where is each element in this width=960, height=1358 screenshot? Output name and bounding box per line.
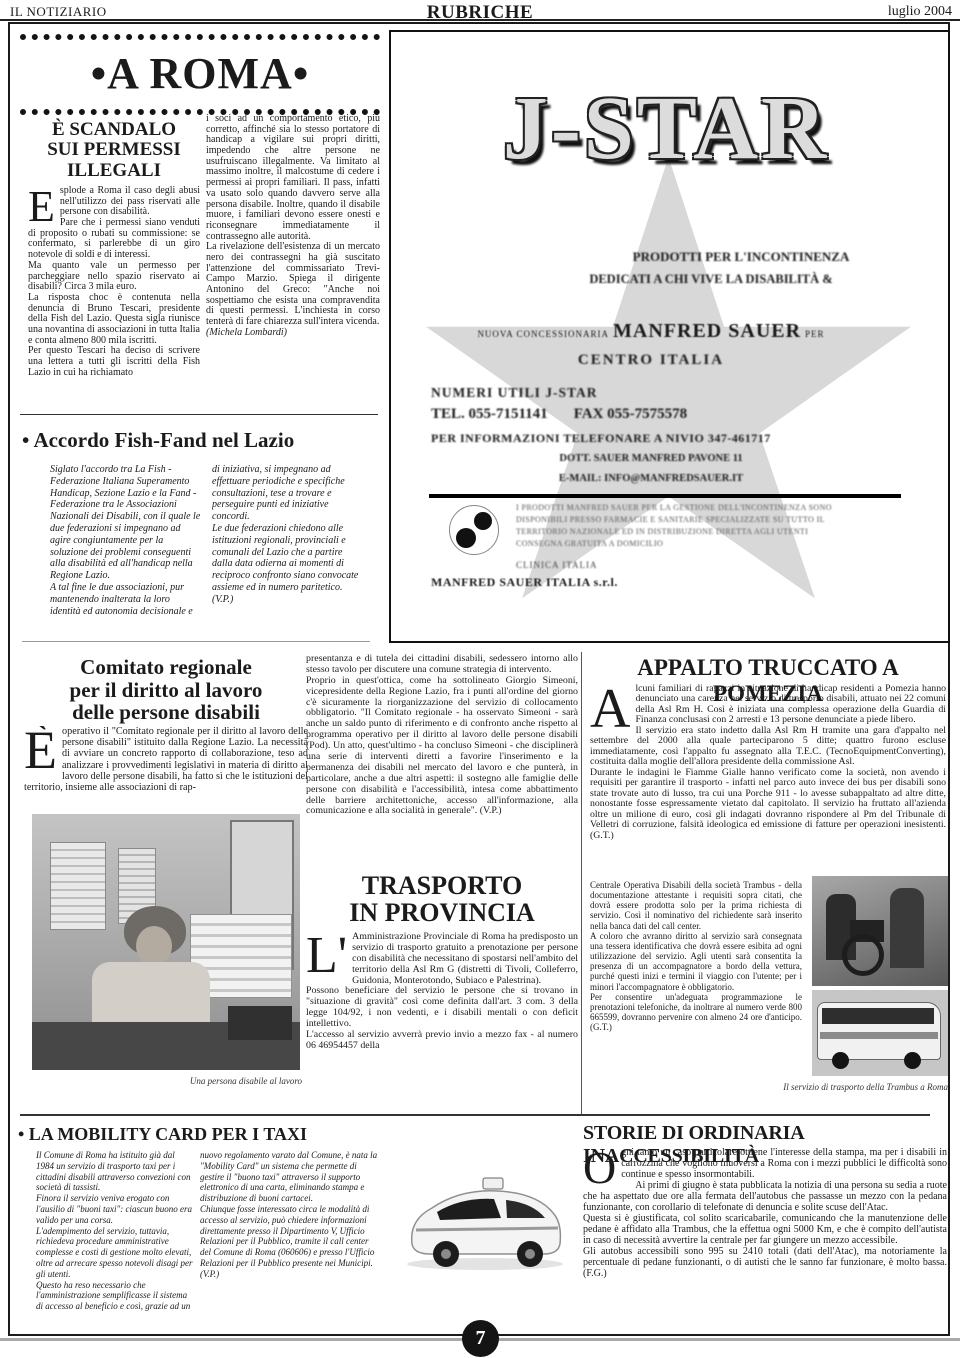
paragraph: Il servizio era stato indetto dalla Asl … [590,726,946,768]
paragraph-text: splode a Roma il caso degli abusi nell'u… [60,186,200,217]
paragraph: Durante le indagini le Fiamme Gialle han… [590,768,946,841]
appalto-body: Alcuni familiari di ragazzi in situazion… [590,684,946,866]
paragraph: Questa si è giustificata, col solito sca… [583,1213,947,1246]
article-scandalo-col2: i soci ad un comportamento etico, più co… [206,114,380,414]
paragraph: Centrale Operativa Disabili della societ… [590,880,802,931]
ad-jstar: J-STAR PRODOTTI PER L'INCONTINENZA DEDIC… [389,30,950,643]
paragraph-text: gni tanto un caso particolare ottiene l'… [621,1147,947,1180]
fineprint-line: TERRITORIO NAZIONALE ED IN DISTRIBUZIONE… [516,526,886,538]
accordo-title: • Accordo Fish-Fand nel Lazio [22,428,378,453]
ad-conc-small1: NUOVA CONCESSIONARIA [477,329,609,339]
title-line: delle persone disabili [24,701,308,724]
paragraph: i soci ad un comportamento etico, più co… [206,114,380,242]
paragraph-text: operativo il "Comitato regionale per il … [24,726,308,793]
paragraph: di iniziativa, si impegnano ad effettuar… [212,464,364,523]
bus-stripe [820,1032,938,1039]
bus-wheel [832,1052,849,1069]
ad-centro-italia: CENTRO ITALIA [411,352,891,369]
paragraph: Ma quanto vale un permesso per parcheggi… [28,261,200,293]
paragraph: Gli autobus accessibili sono 995 su 2410… [583,1246,947,1279]
comitato-col1: Èoperativo il "Comitato regionale per il… [24,726,308,812]
photo-caption-bus: Il servizio di trasporto della Trambus a… [768,1082,948,1092]
ad-phone-tel: TEL. 055-7151141 [431,406,548,422]
byline: (V.P.) [212,594,364,606]
masthead-date: luglio 2004 [888,4,952,20]
page-number-badge: 7 [462,1320,499,1357]
trasporto-title: TRASPORTO IN PROVINCIA [306,872,578,927]
paragraph: Esplode a Roma il caso degli abusi nell'… [28,186,200,218]
title-line: per il diritto al lavoro [24,679,308,702]
person-face [136,926,172,966]
paragraph: A coloro che avranno diritto al servizio… [590,931,802,992]
ad-info-line-blurred: PER INFORMAZIONI TELEFONARE A NIVIO 347-… [431,431,771,446]
paragraph: Alcuni familiari di ragazzi in situazion… [590,684,946,726]
divider-under-accordo [22,641,370,642]
dropcap: E [28,186,60,224]
ad-numeri-utili: NUMERI UTILI J-STAR [431,385,598,401]
paragraph: Siglato l'accordo tra La Fish - Federazi… [50,464,202,582]
paragraph: Il Comune di Roma ha istituito già dal 1… [36,1150,194,1193]
bus-windows [822,1008,934,1024]
photo-caption-office: Una persona disabile al lavoro [118,1076,302,1086]
article-scandalo-title: È SCANDALO SUI PERMESSI ILLEGALI [28,120,200,181]
taxi-illustration [390,1158,575,1278]
ad-phone-numbers: TEL. 055-7151141FAX 055-7575578 [431,406,713,423]
divider-under-scandalo [20,414,378,415]
photo-trambus-bus [812,990,948,1076]
title-line: È SCANDALO [28,120,200,140]
title-line: TRASPORTO [306,872,578,899]
dropcap: L' [306,932,352,977]
paragraph: Proprio in quest'ottica, come ha sottoli… [306,676,578,818]
dropcap: A [590,684,635,732]
paragraph: A tal fine le due associazioni, pur mant… [50,582,202,617]
paragraph: nuovo regolamento varato dal Comune, è n… [200,1150,378,1204]
wall-chart [50,842,106,930]
photo-office-worker [32,814,300,1070]
paragraph: Possono beneficiare del servizio le pers… [306,986,578,1030]
paragraph: L'accesso al servizio avverrà previo inv… [306,1030,578,1052]
photo-wheelchair-users [812,876,948,986]
paragraph: Questo ha reso necessario che l'amminist… [36,1280,194,1312]
byline: (Michela Lombardi) [206,328,380,339]
paragraph: Chiunque fosse interessato circa le moda… [200,1204,378,1269]
manfred-sauer-logo-icon [449,505,499,555]
column-divider [581,652,582,1114]
title-line: Comitato regionale [24,656,308,679]
ad-jstar-logo: J-STAR [466,84,866,174]
paragraph: Ai primi di giugno è stata pubblicata la… [583,1180,947,1213]
ad-conc-brand: MANFRED SAUER [613,320,801,342]
fineprint-line: I PRODOTTI MANFRED SAUER PER LA GESTIONE… [516,502,886,514]
dropcap: O [583,1147,621,1187]
ad-concessionaria-line: NUOVA CONCESSIONARIA MANFRED SAUER PER [411,320,891,343]
paragraph: presentanza e di tutela dei cittadini di… [306,654,578,676]
fineprint-line: CONSEGNA GRATUITA A DOMICILIO [516,538,886,550]
accordo-col2: di iniziativa, si impegnano ad effettuar… [212,464,364,640]
mobility-col1: Il Comune di Roma ha istituito già dal 1… [36,1150,194,1338]
trasporto-continuation: Centrale Operativa Disabili della societ… [590,880,802,1092]
photo-taxi-car [390,1158,575,1278]
paragraph: Le due federazioni chiedono alle istituz… [212,523,364,594]
title-line: SUI PERMESSI [28,140,200,160]
paragraph: Èoperativo il "Comitato regionale per il… [24,726,308,793]
paragraph: Ogni tanto un caso particolare ottiene l… [583,1147,947,1180]
trasporto-body: L'Amministrazione Provinciale di Roma ha… [306,932,578,1104]
paragraph: La risposta choc è contenuta nella denun… [28,293,200,346]
comitato-title: Comitato regionale per il diritto al lav… [24,656,308,724]
person-silhouette [890,888,924,968]
wheelchair-wheel [842,934,884,976]
title-line: ILLEGALI [28,161,200,181]
accordo-col1: Siglato l'accordo tra La Fish - Federazi… [50,464,202,640]
mobility-title: • LA MOBILITY CARD PER I TAXI [18,1124,378,1145]
ad-company-name: MANFRED SAUER ITALIA s.r.l. [431,575,618,590]
paragraph: La rivelazione dell'esistenza di un merc… [206,242,380,328]
paragraph: L'Amministrazione Provinciale di Roma ha… [306,932,578,986]
paragraph: L'adempimento del servizio, tuttavia, ri… [36,1226,194,1280]
ad-tagline-1: PRODOTTI PER L'INCONTINENZA [591,249,891,265]
paragraph: Per questo Tescari ha deciso di scrivere… [28,346,200,378]
paragraph: Finora il servizio veniva erogato con l'… [36,1193,194,1225]
mobility-col2: nuovo regolamento varato dal Comune, è n… [200,1150,378,1338]
paragraph-text: lcuni familiari di ragazzi in situazione… [635,684,946,725]
ad-dott-line-blurred: DOTT. SAUER MANFRED PAVONE 11 [451,453,851,464]
paragraph-text: Amministrazione Provinciale di Roma ha p… [352,932,578,986]
dropcap: È [24,726,62,772]
byline: (V.P.) [200,1269,378,1280]
desk-equipment [228,1006,292,1040]
bus-wheel [904,1052,921,1069]
ad-thick-rule [429,494,901,498]
article-scandalo-col1: Esplode a Roma il caso degli abusi nell'… [28,186,200,414]
ad-tagline-2-blurred: DEDICATI A CHI VIVE LA DISABILITÀ & [551,272,871,287]
section-banner: •A ROMA• [20,34,380,115]
ad-email-blurred: E-MAIL: INFO@MANFREDSAUER.IT [451,473,851,484]
ad-phone-fax: FAX 055-7575578 [574,406,687,422]
divider-bottom-sections [20,1114,930,1116]
fineprint-line: DISPONIBILI PRESSO FARMACIE E SANITARIE … [516,514,886,526]
ad-fineprint-blurred: I PRODOTTI MANFRED SAUER PER LA GESTIONE… [516,502,886,550]
title-line: IN PROVINCIA [306,899,578,926]
comitato-col2: presentanza e di tutela dei cittadini di… [306,654,578,866]
masthead-rule [0,19,960,21]
ad-clinica-line-blurred: CLINICA ITALIA [516,560,598,570]
ad-conc-small2: PER [805,329,825,339]
section-banner-title: •A ROMA• [20,40,380,109]
paragraph: Per consentire un'adeguata programmazion… [590,992,802,1033]
storie-body: Ogni tanto un caso particolare ottiene l… [583,1147,947,1325]
